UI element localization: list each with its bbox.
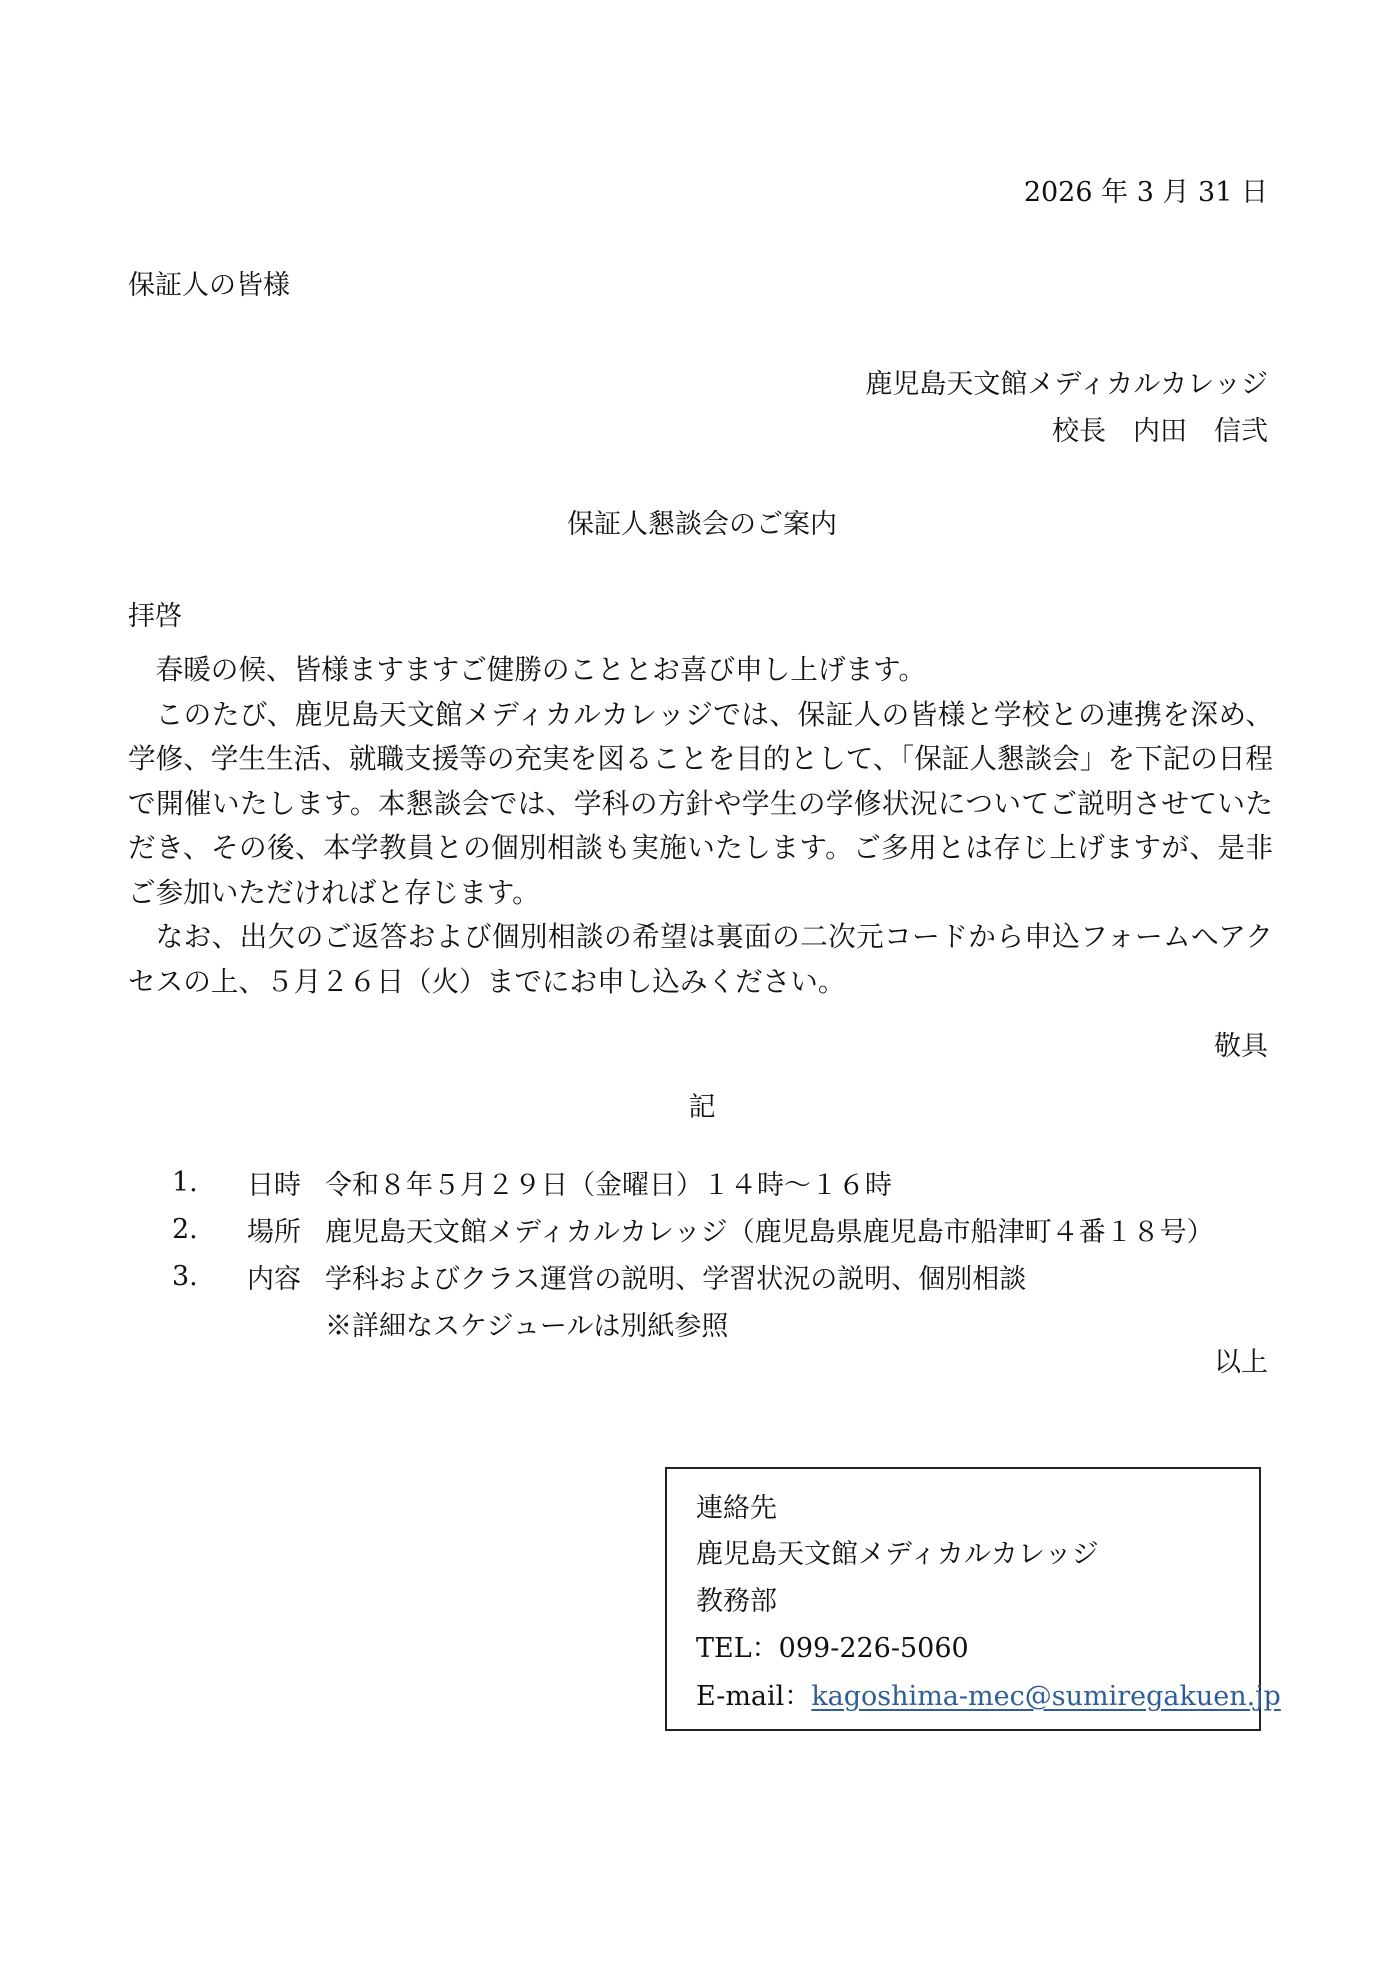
contact-tel: TEL：099-226-5060 [696,1632,969,1666]
item-label: 日時 [247,1163,325,1202]
item-label: 場所 [247,1210,325,1249]
details-heading: 記 [0,1091,1400,1125]
item-label: 内容 [247,1257,325,1296]
closing-salutation: 敬具 [1214,1030,1268,1064]
tel-label: TEL： [696,1633,779,1664]
letter-title: 保証人懇談会のご案内 [0,508,1400,542]
contact-organization: 鹿児島天文館メディカルカレッジ [696,1538,1099,1572]
details-note: ※詳細なスケジュールは別紙参照 [172,1300,1214,1347]
contact-department: 教務部 [696,1585,777,1619]
item-number: 2. [172,1214,247,1245]
email-label: E-mail： [696,1681,811,1712]
item-value: 令和８年５月２９日（金曜日）１４時～１６時 [325,1163,892,1202]
contact-box: 連絡先 鹿児島天文館メディカルカレッジ 教務部 TEL：099-226-5060… [665,1467,1261,1731]
note-text: ※詳細なスケジュールは別紙参照 [325,1304,728,1343]
details-item: 2. 場所 鹿児島天文館メディカルカレッジ（鹿児島県鹿児島市船津町４番１８号） [172,1206,1214,1253]
body-paragraph: 春暖の候、皆様ますますご健勝のこととお喜び申し上げます。 [128,648,1273,693]
contact-email: E-mail：kagoshima-mec@sumiregakuen.jp [696,1680,1281,1714]
letter-body: 春暖の候、皆様ますますご健勝のこととお喜び申し上げます。 このたび、鹿児島天文館… [128,648,1273,1004]
details-item: 1. 日時 令和８年５月２９日（金曜日）１４時～１６時 [172,1159,1214,1206]
body-paragraph: なお、出欠のご返答および個別相談の希望は裏面の二次元コードから申込フォームへアク… [128,915,1273,1004]
sender-organization: 鹿児島天文館メディカルカレッジ [865,368,1268,402]
sender-name: 校長 内田 信弐 [1052,415,1268,449]
email-link[interactable]: kagoshima-mec@sumiregakuen.jp [811,1681,1281,1712]
tel-number[interactable]: 099-226-5060 [779,1633,969,1664]
details-list: 1. 日時 令和８年５月２９日（金曜日）１４時～１６時 2. 場所 鹿児島天文館… [172,1159,1214,1347]
end-mark: 以上 [1214,1346,1268,1380]
addressee: 保証人の皆様 [128,269,290,303]
item-value: 学科およびクラス運営の説明、学習状況の説明、個別相談 [325,1257,1026,1296]
details-item: 3. 内容 学科およびクラス運営の説明、学習状況の説明、個別相談 [172,1253,1214,1300]
item-value: 鹿児島天文館メディカルカレッジ（鹿児島県鹿児島市船津町４番１８号） [325,1210,1214,1249]
letter-date: 2026 年 3 月 31 日 [1024,176,1268,210]
opening-salutation: 拝啓 [128,600,182,634]
item-number: 1. [172,1167,247,1198]
item-number: 3. [172,1261,247,1292]
body-paragraph: このたび、鹿児島天文館メディカルカレッジでは、保証人の皆様と学校との連携を深め、… [128,693,1273,916]
contact-heading: 連絡先 [696,1492,777,1526]
